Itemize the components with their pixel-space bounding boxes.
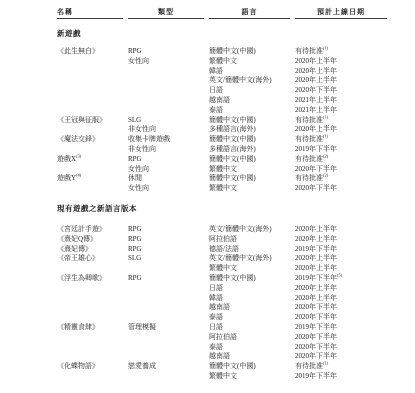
column-header-type: 類型 <box>128 7 204 19</box>
game-launch-date: 2020年下半年 <box>295 333 387 343</box>
footnote-marker: (2) <box>323 153 328 158</box>
game-language: 多種語言(海外) <box>209 125 290 135</box>
game-type: 非女性向 <box>128 145 204 155</box>
game-name: 遊戲X(3) <box>57 155 123 165</box>
table-row: 越南語2020年下半年 <box>57 352 415 362</box>
game-type: RPG <box>128 245 204 255</box>
table-row: 阿拉伯語2020年下半年 <box>57 333 415 343</box>
game-type: SLG <box>128 116 204 126</box>
game-language: 繁體中文 <box>209 57 290 67</box>
game-pipeline-table: 名稱 類型 語言 預計上線日期 新遊戲《此生無白》RPG簡體中文(中國)有待批准… <box>0 0 415 382</box>
game-type: 管理模擬 <box>128 323 204 333</box>
game-name <box>57 313 123 323</box>
game-name: 《帝王雄心》 <box>57 254 123 264</box>
game-language: 德語/法語 <box>209 245 290 255</box>
game-language: 簡體中文(中國) <box>209 135 290 145</box>
game-name <box>57 333 123 343</box>
game-type: RPG <box>128 235 204 245</box>
table-row: 非女性向多種語言(海外)2020年上半年 <box>57 125 415 135</box>
game-language: 簡體中文(中國) <box>209 174 290 184</box>
game-type <box>128 96 204 106</box>
game-language: 越南語 <box>209 352 290 362</box>
table-header: 名稱 類型 語言 預計上線日期 <box>57 7 415 19</box>
table-row: 韓語2020年上半年 <box>57 294 415 304</box>
game-launch-date: 2020年上半年 <box>295 67 387 77</box>
game-name <box>57 165 123 175</box>
prospectus-page: 名稱 類型 語言 預計上線日期 新遊戲《此生無白》RPG簡體中文(中國)有待批准… <box>0 0 415 393</box>
game-launch-date: 2020年下半年 <box>295 343 387 353</box>
game-launch-date: 2020年上半年 <box>295 76 387 86</box>
game-language: 泰語 <box>209 313 290 323</box>
game-name: 《精靈食肆》 <box>57 323 123 333</box>
game-type: 戀愛養成 <box>128 362 204 372</box>
game-type <box>128 284 204 294</box>
game-launch-date: 2020年下半年 <box>295 86 387 96</box>
game-language: 簡體中文(中國) <box>209 116 290 126</box>
table-row: 女性向繁體中文2020年下半年 <box>57 184 415 194</box>
table-row: 日語2020年上半年 <box>57 284 415 294</box>
game-name <box>57 106 123 116</box>
table-row: 《王冠與征服》SLG簡體中文(中國)有待批准(1) <box>57 116 415 126</box>
game-name <box>57 145 123 155</box>
table-row: 女性向繁體中文2020年下半年 <box>57 165 415 175</box>
game-name <box>57 76 123 86</box>
table-row: 《浮生為卿歌》RPG簡體中文(中國)2019年下半年(5) <box>57 274 415 284</box>
game-launch-date: 2019年下半年 <box>295 372 387 382</box>
game-name: 遊戲Y(4) <box>57 174 123 184</box>
game-type <box>128 67 204 77</box>
game-language: 日語 <box>209 86 290 96</box>
game-name: 《熹妃Q傳》 <box>57 235 123 245</box>
game-launch-date: 有待批准(1) <box>295 47 387 57</box>
footnote-marker: (4) <box>76 173 81 178</box>
game-launch-date: 2020年上半年 <box>295 284 387 294</box>
game-type: 非女性向 <box>128 125 204 135</box>
table-row: 泰語2020年下半年 <box>57 313 415 323</box>
game-type: RPG <box>128 155 204 165</box>
footnote-marker: (1) <box>323 114 328 119</box>
game-launch-date: 2019年下半年 <box>295 323 387 333</box>
table-row: 《化蝶物語》戀愛養成簡體中文(中國)有待批准(1) <box>57 362 415 372</box>
table-row: 越南語2020年下半年 <box>57 303 415 313</box>
game-language: 英文/簡體中文(海外) <box>209 225 290 235</box>
game-name <box>57 184 123 194</box>
table-row: 《熹妃Q傳》RPG阿拉伯語2020年上半年 <box>57 235 415 245</box>
game-language: 韓語 <box>209 294 290 304</box>
game-name <box>57 372 123 382</box>
game-launch-date: 2021年上半年 <box>295 96 387 106</box>
game-type: 女性向 <box>128 184 204 194</box>
game-launch-date: 2021年上半年 <box>295 106 387 116</box>
game-launch-date: 2019年下半年(5) <box>295 274 387 284</box>
game-launch-date: 有待批准(2) <box>295 174 387 184</box>
game-language: 英文/簡體中文(海外) <box>209 76 290 86</box>
game-language: 泰語 <box>209 343 290 353</box>
game-language: 日語 <box>209 323 290 333</box>
game-language: 繁體中文 <box>209 184 290 194</box>
game-language: 英文/簡體中文(海外) <box>209 254 290 264</box>
table-row: 非女性向多種語言(海外)2019年下半年 <box>57 145 415 155</box>
table-row: 《魔法交鋒》收集卡牌遊戲簡體中文(中國)有待批准(1) <box>57 135 415 145</box>
column-header-launch-date: 預計上線日期 <box>295 7 387 19</box>
table-row: 遊戲Y(4)休閒簡體中文(中國)有待批准(2) <box>57 174 415 184</box>
game-type <box>128 106 204 116</box>
section-title: 新遊戲 <box>57 29 415 38</box>
table-row: 韓語2020年上半年 <box>57 67 415 77</box>
game-name: 《熹妃傳》 <box>57 245 123 255</box>
table-row: 遊戲X(3)RPG簡體中文(中國)有待批准(2) <box>57 155 415 165</box>
footnote-marker: (1) <box>323 46 328 51</box>
table-row: 《此生無白》RPG簡體中文(中國)有待批准(1) <box>57 47 415 57</box>
game-name <box>57 352 123 362</box>
game-name <box>57 86 123 96</box>
game-type <box>128 343 204 353</box>
game-launch-date: 2020年上半年 <box>295 294 387 304</box>
game-type <box>128 294 204 304</box>
game-launch-date: 2020年下半年 <box>295 313 387 323</box>
game-name: 《王冠與征服》 <box>57 116 123 126</box>
game-type <box>128 352 204 362</box>
game-type: RPG <box>128 47 204 57</box>
game-launch-date: 2020年下半年 <box>295 352 387 362</box>
game-type <box>128 313 204 323</box>
game-type: RPG <box>128 225 204 235</box>
game-name <box>57 284 123 294</box>
game-type <box>128 333 204 343</box>
game-launch-date: 2020年下半年 <box>295 165 387 175</box>
game-type <box>128 303 204 313</box>
table-body: 新遊戲《此生無白》RPG簡體中文(中國)有待批准(1)女性向繁體中文2020年上… <box>57 29 415 382</box>
game-language: 韓語 <box>209 67 290 77</box>
table-row: 女性向繁體中文2020年上半年 <box>57 57 415 67</box>
table-row: 《帝王雄心》SLG英文/簡體中文(海外)2020年上半年 <box>57 254 415 264</box>
game-name <box>57 303 123 313</box>
game-language: 簡體中文(中國) <box>209 274 290 284</box>
game-language: 多種語言(海外) <box>209 145 290 155</box>
game-type <box>128 76 204 86</box>
game-language: 簡體中文(中國) <box>209 47 290 57</box>
game-name: 《此生無白》 <box>57 47 123 57</box>
game-launch-date: 有待批准(1) <box>295 362 387 372</box>
game-language: 繁體中文 <box>209 264 290 274</box>
game-name <box>57 125 123 135</box>
table-row: 英文/簡體中文(海外)2020年上半年 <box>57 76 415 86</box>
game-language: 簡體中文(中國) <box>209 155 290 165</box>
game-language: 阿拉伯語 <box>209 235 290 245</box>
game-launch-date: 2019年下半年 <box>295 145 387 155</box>
game-name <box>57 343 123 353</box>
game-language: 阿拉伯語 <box>209 333 290 343</box>
footnote-marker: (5) <box>337 273 342 278</box>
game-name <box>57 294 123 304</box>
footnote-marker: (3) <box>76 153 81 158</box>
game-name: 《浮生為卿歌》 <box>57 274 123 284</box>
table-row: 繁體中文2019年下半年 <box>57 372 415 382</box>
game-launch-date: 2020年上半年 <box>295 125 387 135</box>
table-row: 《宮廷計手遊》RPG英文/簡體中文(海外)2020年上半年 <box>57 225 415 235</box>
game-name <box>57 67 123 77</box>
table-row: 越南語2021年上半年 <box>57 96 415 106</box>
game-launch-date: 2020年上半年 <box>295 225 387 235</box>
game-type: 女性向 <box>128 57 204 67</box>
game-launch-date: 2020年上半年 <box>295 235 387 245</box>
game-type: 收集卡牌遊戲 <box>128 135 204 145</box>
game-name: 《宮廷計手遊》 <box>57 225 123 235</box>
table-row: 泰語2021年上半年 <box>57 106 415 116</box>
column-header-name: 名稱 <box>57 7 123 19</box>
game-launch-date: 2020年上半年 <box>295 57 387 67</box>
table-row: 《精靈食肆》管理模擬日語2019年下半年 <box>57 323 415 333</box>
game-type: 休閒 <box>128 174 204 184</box>
game-type: SLG <box>128 254 204 264</box>
game-type <box>128 86 204 96</box>
game-language: 泰語 <box>209 106 290 116</box>
game-launch-date: 2020年上半年 <box>295 254 387 264</box>
footnote-marker: (1) <box>323 134 328 139</box>
game-language: 越南語 <box>209 96 290 106</box>
game-name: 《化蝶物語》 <box>57 362 123 372</box>
game-type: RPG <box>128 274 204 284</box>
game-type: 女性向 <box>128 165 204 175</box>
game-launch-date: 有待批准(2) <box>295 155 387 165</box>
footnote-marker: (2) <box>323 173 328 178</box>
game-launch-date: 2019年下半年 <box>295 245 387 255</box>
game-language: 越南語 <box>209 303 290 313</box>
game-language: 日語 <box>209 284 290 294</box>
game-name <box>57 96 123 106</box>
game-launch-date: 有待批准(1) <box>295 116 387 126</box>
table-row: 日語2020年下半年 <box>57 86 415 96</box>
game-name <box>57 264 123 274</box>
game-language: 繁體中文 <box>209 165 290 175</box>
column-header-language: 語言 <box>209 7 290 19</box>
game-name <box>57 57 123 67</box>
game-language: 繁體中文 <box>209 372 290 382</box>
section-title: 現有遊戲之新語言版本 <box>57 204 415 213</box>
game-type <box>128 264 204 274</box>
footnote-marker: (1) <box>323 361 328 366</box>
game-launch-date: 2020年下半年 <box>295 184 387 194</box>
table-row: 繁體中文2020年上半年 <box>57 264 415 274</box>
table-row: 泰語2020年下半年 <box>57 343 415 353</box>
table-row: 《熹妃傳》RPG德語/法語2019年下半年 <box>57 245 415 255</box>
game-type <box>128 372 204 382</box>
game-name: 《魔法交鋒》 <box>57 135 123 145</box>
game-launch-date: 有待批准(1) <box>295 135 387 145</box>
game-launch-date: 2020年下半年 <box>295 303 387 313</box>
game-language: 簡體中文(中國) <box>209 362 290 372</box>
